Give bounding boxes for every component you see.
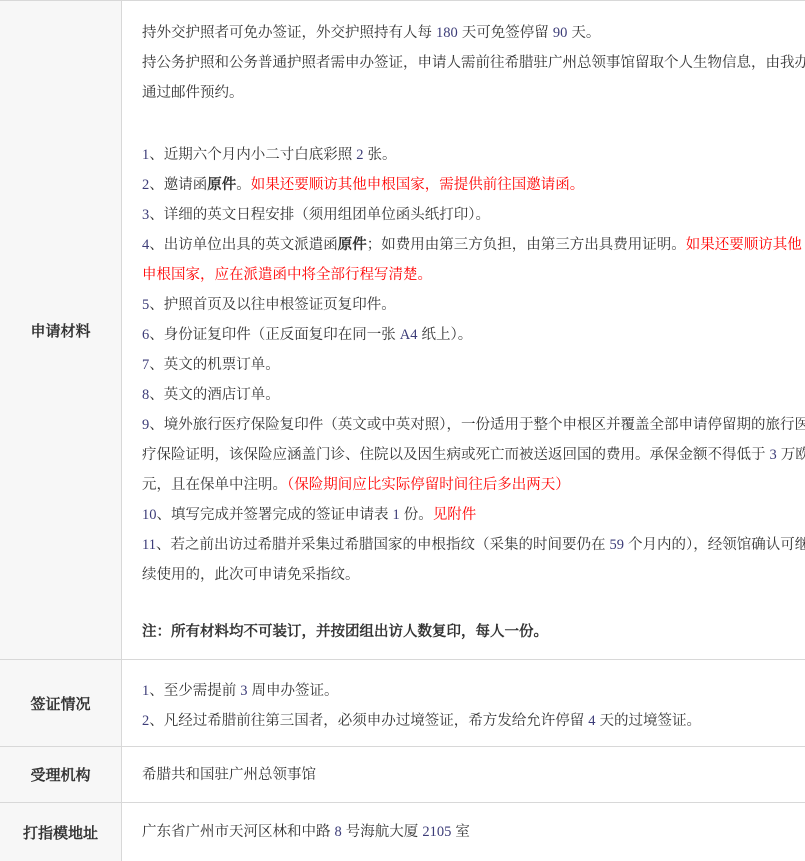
paragraph: 希腊共和国驻广州总领事馆 (142, 760, 316, 790)
row-label-agency: 受理机构 (0, 747, 122, 802)
text-segment: ；如费用由第三方负担，由第三方出具费用证明。 (367, 237, 686, 253)
text-segment: 、英文的酒店订单。 (149, 387, 280, 403)
text-segment: 、详细的英文日程安排（须用组团单位函头纸打印）。 (149, 207, 490, 223)
bold-text: 原件 (338, 237, 367, 253)
paragraph: 4、出访单位出具的英文派遣函原件；如费用由第三方负担，由第三方出具费用证明。如果… (142, 230, 805, 290)
text-segment: 、若之前出访过希腊并采集过希腊国家的申根指纹（采集的时间要仍在 (156, 537, 610, 553)
number-text: 90 (553, 25, 568, 41)
paragraph: 广东省广州市天河区林和中路 8 号海航大厦 2105 室 (142, 817, 470, 847)
paragraph: 6、身份证复印件（正反面复印在同一张 A4 纸上）。 (142, 320, 805, 350)
row-content-agency: 希腊共和国驻广州总领事馆 (122, 747, 805, 802)
row-label-materials: 申请材料 (0, 1, 122, 659)
row-label-visa-status: 签证情况 (0, 660, 122, 746)
text-segment: 通过邮件预约。 (142, 85, 244, 101)
number-text: A4 (400, 327, 418, 343)
row-visa-status: 签证情况1、至少需提前 3 周申办签证。2、凡经过希腊前往第三国者，必须申办过境… (0, 659, 805, 746)
visa-info-table: 申请材料持外交护照者可免办签证，外交护照持有人每 180 天可免签停留 90 天… (0, 0, 805, 861)
text-segment: 注：所有材料均不可装订，并按团组出访人数复印，每人一份。 (142, 624, 548, 640)
text-segment: 希腊共和国驻广州总领事馆 (142, 767, 316, 783)
text-segment: 广东省广州市天河区林和中路 (142, 824, 335, 840)
paragraph: 注：所有材料均不可装订，并按团组出访人数复印，每人一份。 (142, 617, 805, 647)
text-segment: 个月内的），经领馆确认可继 (624, 537, 805, 553)
text-segment: 、护照首页及以往申根签证页复印件。 (149, 297, 396, 313)
text-segment: 天的过境签证。 (596, 713, 702, 729)
text-segment: 份。 (400, 507, 433, 523)
text-segment: 天。 (567, 25, 600, 41)
row-content-materials: 持外交护照者可免办签证，外交护照持有人每 180 天可免签停留 90 天。持公务… (122, 1, 805, 659)
text-segment: 张。 (364, 147, 397, 163)
text-segment: 疗保险证明，该保险应涵盖门诊、住院以及因生病或死亡而被送返回国的费用。承保金额不… (142, 447, 770, 463)
paragraph: 8、英文的酒店订单。 (142, 380, 805, 410)
text-segment: 、凡经过希腊前往第三国者，必须申办过境签证，希方发给允许停留 (149, 713, 588, 729)
paragraph: 2、凡经过希腊前往第三国者，必须申办过境签证，希方发给允许停留 4 天的过境签证… (142, 706, 805, 736)
row-content-fingerprint-address: 广东省广州市天河区林和中路 8 号海航大厦 2105 室 (122, 803, 805, 861)
number-text: 3 (770, 447, 777, 463)
number-text: 2105 (422, 824, 451, 840)
number-text: 59 (610, 537, 625, 553)
red-warning-text: 申根国家，应在派遣函中将全部行程写清楚。 (142, 267, 432, 283)
text-segment: 元，且在保单中注明。 (142, 477, 287, 493)
paragraph: 11、若之前出访过希腊并采集过希腊国家的申根指纹（采集的时间要仍在 59 个月内… (142, 530, 805, 590)
paragraph: 持公务护照和公务普通护照者需申办签证，申请人需前往希腊驻广州总领事馆留取个人生物… (142, 48, 805, 108)
paragraph: 2、邀请函原件。如果还要顺访其他申根国家，需提供前往国邀请函。 (142, 170, 805, 200)
number-text: 4 (588, 713, 595, 729)
paragraph: 1、近期六个月内小二寸白底彩照 2 张。 (142, 140, 805, 170)
number-text: 8 (335, 824, 342, 840)
row-content-visa-status: 1、至少需提前 3 周申办签证。2、凡经过希腊前往第三国者，必须申办过境签证，希… (122, 660, 805, 746)
paragraph: 5、护照首页及以往申根签证页复印件。 (142, 290, 805, 320)
number-text: 1 (393, 507, 400, 523)
red-warning-text: 如果还要顺访其他 (686, 237, 802, 253)
red-warning-text: 见附件 (433, 507, 477, 523)
paragraph: 1、至少需提前 3 周申办签证。 (142, 676, 805, 706)
text-segment: 续使用的，此次可申请免采指纹。 (142, 567, 360, 583)
number-text: 10 (142, 507, 157, 523)
text-segment: 、境外旅行医疗保险复印件（英文或中英对照），一份适用于整个申根区并覆盖全部申请停… (149, 417, 805, 433)
text-segment: 、英文的机票订单。 (149, 357, 280, 373)
paragraph: 7、英文的机票订单。 (142, 350, 805, 380)
text-segment: 、填写完成并签署完成的签证申请表 (157, 507, 393, 523)
text-segment: 。 (236, 177, 251, 193)
text-segment: 持外交护照者可免办签证，外交护照持有人每 (142, 25, 436, 41)
text-segment: 纸上）。 (418, 327, 473, 343)
text-segment: 持公务护照和公务普通护照者需申办签证，申请人需前往希腊驻广州总领事馆留取个人生物… (142, 55, 805, 71)
text-segment: 号海航大厦 (342, 824, 423, 840)
text-segment: 、至少需提前 (149, 683, 240, 699)
paragraph: 持外交护照者可免办签证，外交护照持有人每 180 天可免签停留 90 天。 (142, 18, 805, 48)
paragraph: 3、详细的英文日程安排（须用组团单位函头纸打印）。 (142, 200, 805, 230)
row-materials: 申请材料持外交护照者可免办签证，外交护照持有人每 180 天可免签停留 90 天… (0, 1, 805, 659)
bold-text: 原件 (207, 177, 236, 193)
number-text: 2 (356, 147, 363, 163)
text-segment: 天可免签停留 (458, 25, 553, 41)
text-segment: 周申办签证。 (248, 683, 339, 699)
paragraph: 9、境外旅行医疗保险复印件（英文或中英对照），一份适用于整个申根区并覆盖全部申请… (142, 410, 805, 500)
red-warning-text: （保险期间应比实际停留时间往后多出两天） (287, 477, 570, 493)
number-text: 11 (142, 537, 156, 553)
text-segment: 、身份证复印件（正反面复印在同一张 (149, 327, 400, 343)
row-label-fingerprint-address: 打指模地址 (0, 803, 122, 861)
row-agency: 受理机构希腊共和国驻广州总领事馆 (0, 746, 805, 802)
text-segment: 、出访单位出具的英文派遣函 (149, 237, 338, 253)
text-segment: 万欧 (777, 447, 805, 463)
text-segment: 、近期六个月内小二寸白底彩照 (149, 147, 356, 163)
number-text: 3 (240, 683, 247, 699)
number-text: 180 (436, 25, 458, 41)
text-segment: 、邀请函 (149, 177, 207, 193)
paragraph: 10、填写完成并签署完成的签证申请表 1 份。见附件 (142, 500, 805, 530)
red-warning-text: 如果还要顺访其他申根国家，需提供前往国邀请函。 (251, 177, 585, 193)
row-fingerprint-address: 打指模地址广东省广州市天河区林和中路 8 号海航大厦 2105 室 (0, 802, 805, 861)
text-segment: 室 (451, 824, 470, 840)
